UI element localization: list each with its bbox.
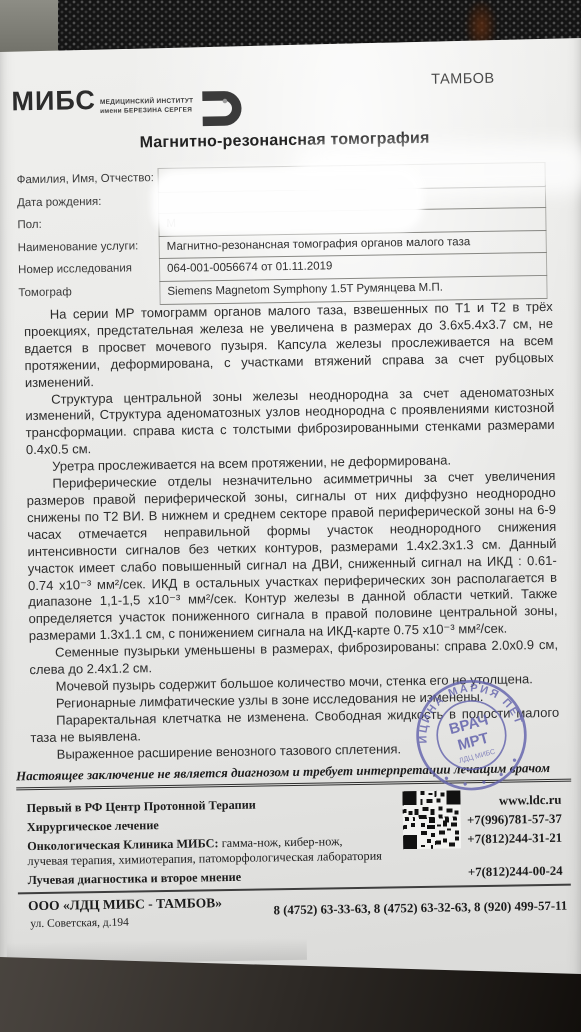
form-label-service: Наименование услуги: [18, 240, 139, 254]
magnet-icon [195, 87, 248, 130]
local-phones: 8 (4752) 63-33-63, 8 (4752) 63-32-63, 8 … [274, 899, 568, 919]
logo-subtext: МЕДИЦИНСКИЙ ИНСТИТУТ имени БЕРЕЗИНА СЕРГ… [100, 97, 194, 116]
report-paper: МИБС МЕДИЦИНСКИЙ ИНСТИТУТ имени БЕРЕЗИНА… [0, 0, 581, 1032]
form-label-birthdate: Дата рождения: [17, 196, 102, 209]
paper-fold-shadow [7, 938, 307, 965]
logo-text: МИБС [11, 87, 96, 115]
form-label-tomograph: Томограф [18, 286, 71, 299]
privacy-mask [151, 166, 424, 236]
paper-content: МИБС МЕДИЦИНСКИЙ ИНСТИТУТ имени БЕРЕЗИНА… [0, 0, 581, 1032]
mibs-logo: МИБС МЕДИЦИНСКИЙ ИНСТИТУТ имени БЕРЕЗИНА… [11, 85, 248, 133]
footer-line-diagnostics: Лучевая диагностика и второе мнение [28, 868, 396, 889]
footer-line-diagnostics-text: Лучевая диагностика и второе мнение [28, 870, 242, 887]
website: www.ldc.ru [467, 791, 562, 811]
form-label-name: Фамилия, Имя, Отчество: [17, 172, 154, 186]
company-name: ООО «ЛДЦ МИБС - ТАМБОВ» [28, 895, 222, 914]
phone-3: +7(812)244-00-24 [468, 862, 563, 882]
logo-subtext-line1: МЕДИЦИНСКИЙ ИНСТИТУТ [100, 97, 194, 105]
footer-line-oncology-bold: Онкологическая Клиника МИБС: [27, 836, 219, 853]
photo-background: МИБС МЕДИЦИНСКИЙ ИНСТИТУТ имени БЕРЕЗИНА… [0, 0, 581, 1032]
footer-line-surgery: Хирургическое лечение [27, 814, 395, 835]
logo-subtext-line2: имени БЕРЕЗИНА СЕРГЕЯ [100, 106, 192, 114]
paragraph-findings-4: Периферические отделы незначительно асим… [26, 468, 558, 645]
form-value-study-number: 064-001-0056674 от 01.11.2019 [167, 261, 332, 276]
phone-2: +7(812)244-31-21 [467, 829, 562, 849]
company-address: ул. Советская, д.194 [30, 917, 129, 931]
footer-contacts: www.ldc.ru +7(996)781-57-37 +7(812)244-3… [467, 791, 563, 882]
footer-line-oncology-regular: гамма-нож, кибер-нож, [218, 834, 342, 850]
form-label-study-number: Номер исследования [18, 263, 132, 277]
footer-line-surgery-text: Хирургическое лечение [27, 818, 159, 834]
form-label-sex: Пол: [17, 219, 42, 231]
city-label: ТАМБОВ [431, 71, 495, 88]
form-value-service: Магнитно-резонансная томография органов … [167, 236, 471, 253]
paragraph-findings-1: На серии МР томограмм органов малого таз… [24, 299, 554, 392]
footer-line-proton: Первый в РФ Центр Протонной Терапии [26, 795, 394, 816]
phone-1: +7(996)781-57-37 [467, 810, 562, 830]
form-value-tomograph: Siemens Magnetom Symphony 1.5T Румянцева… [167, 282, 443, 298]
footer-services: Первый в РФ Центр Протонной Терапии Хиру… [26, 795, 395, 892]
footer-line-proton-text: Первый в РФ Центр Протонной Терапии [26, 798, 255, 816]
paragraph-findings-2: Структура центральной зоны железы неодно… [25, 383, 555, 459]
